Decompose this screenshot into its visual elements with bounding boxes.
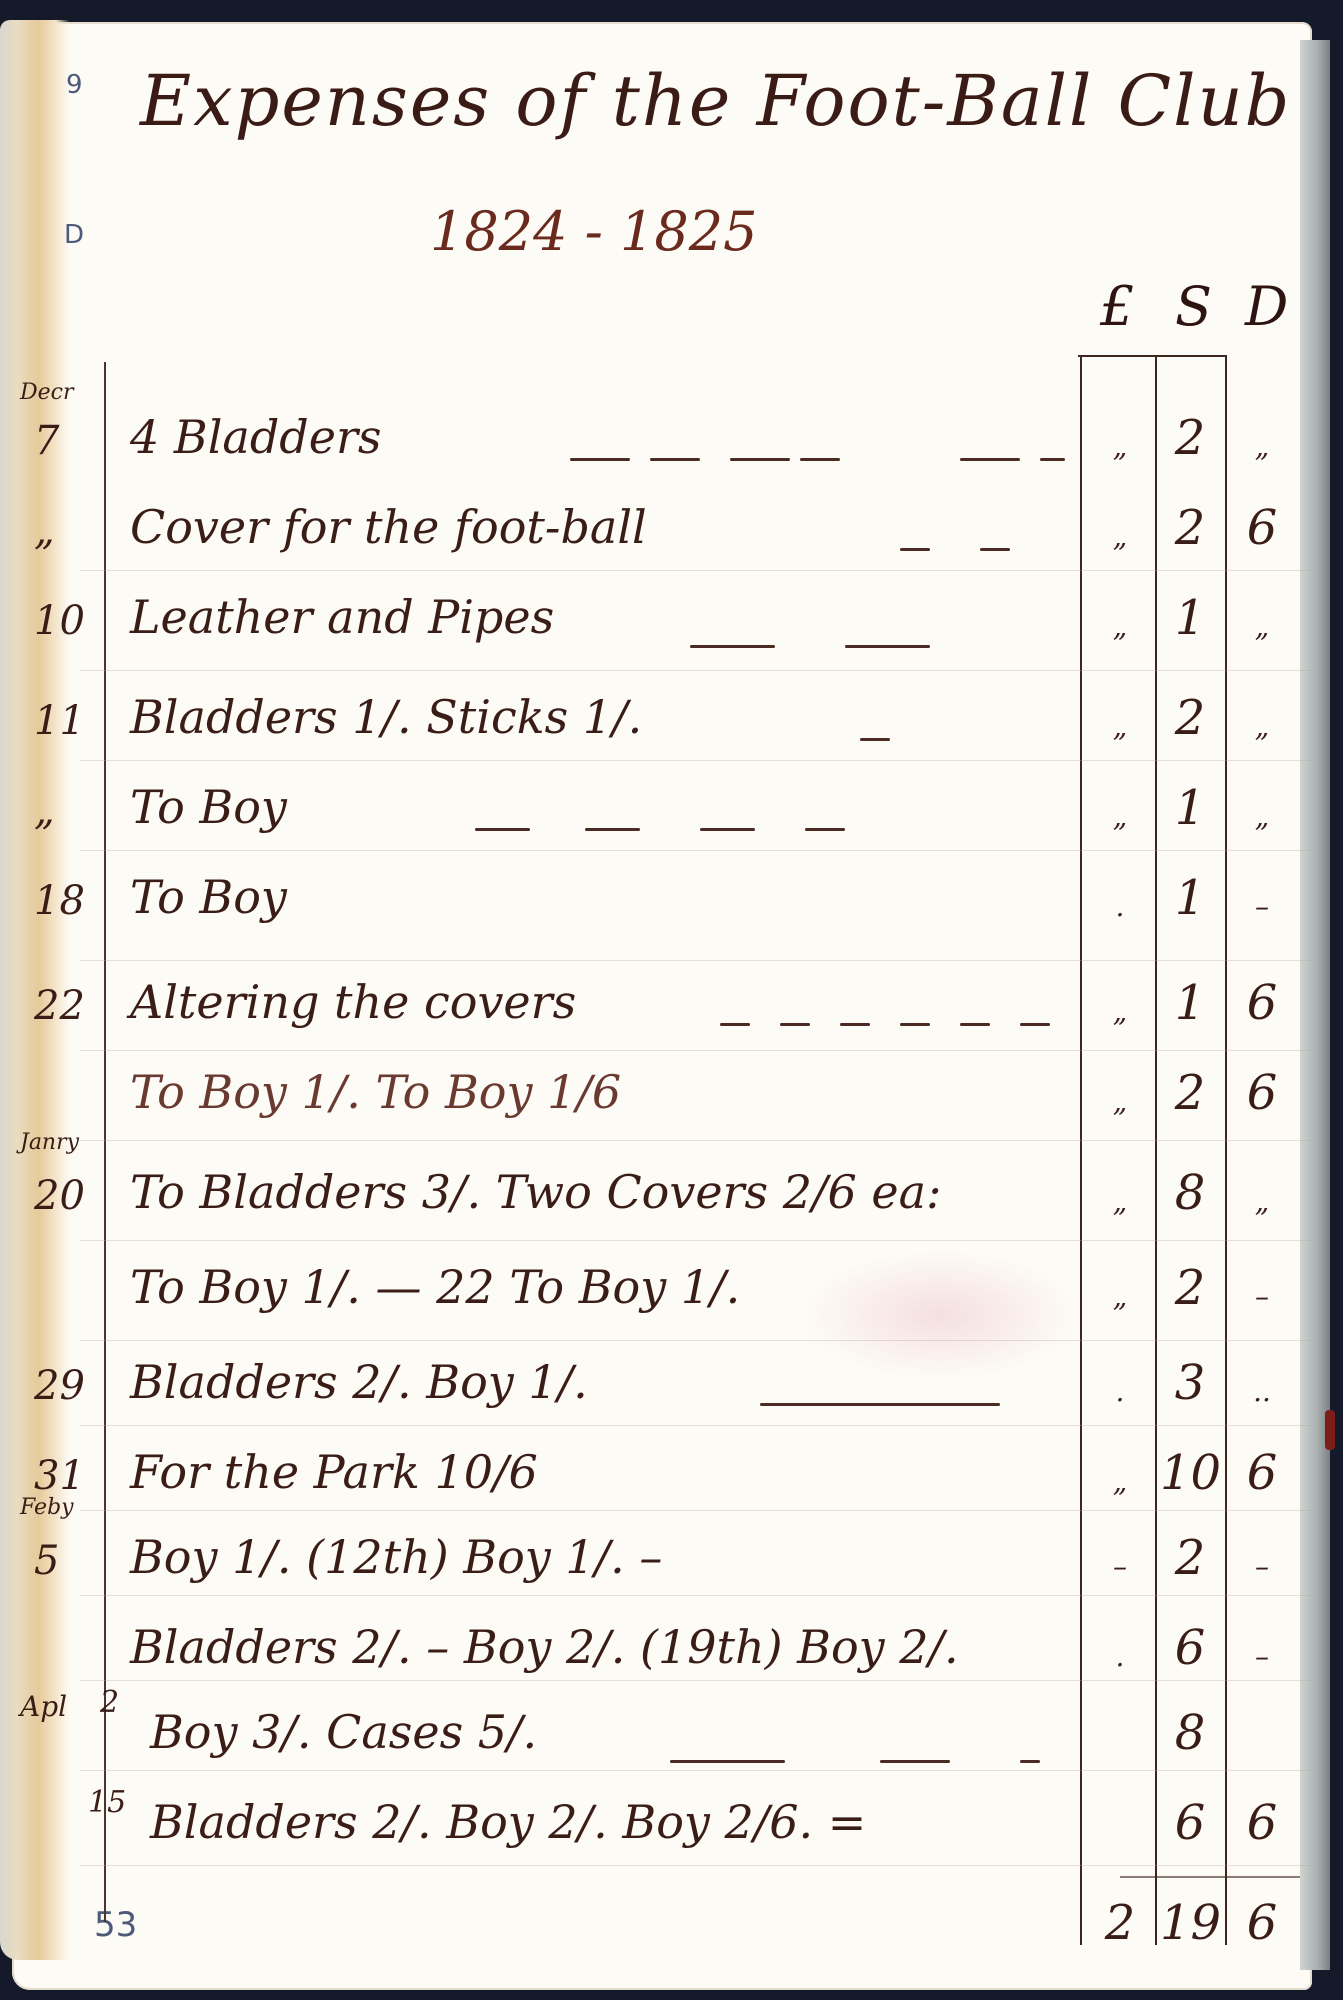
entry-month: Decr [20,380,74,405]
entry-pence: .. [1232,1375,1292,1408]
entry-shillings: 6 [1160,1620,1220,1676]
entry-date: 31 [34,1453,85,1499]
ledger-row: „ To Boy „ 1 „ [0,780,1343,850]
entry-pence: 6 [1232,500,1292,556]
entry-pence: „ [1232,1185,1292,1218]
ledger-row: 22 Altering the covers „ 1 6 [0,975,1343,1045]
entry-pounds: „ [1090,995,1150,1028]
entry-description: Leather and Pipes [130,590,554,644]
entry-date: „ [34,508,55,554]
entry-shillings: 2 [1160,500,1220,556]
entry-month: Apl [20,1690,67,1723]
entry-date: 20 [34,1173,85,1219]
entry-description: Altering the covers [130,975,576,1029]
entry-shillings: 10 [1160,1445,1220,1501]
entry-pounds: „ [1090,800,1150,833]
entry-pounds: . [1090,890,1150,923]
entry-description: Bladders 2/. – Boy 2/. (19th) Boy 2/. [130,1620,959,1674]
entry-description: To Boy [130,780,287,834]
entry-pence: „ [1232,710,1292,743]
page-years: 1824 - 1825 [430,200,757,263]
entry-description: Boy 3/. Cases 5/. [150,1705,537,1759]
entry-description: To Bladders 3/. Two Covers 2/6 ea: [130,1165,942,1219]
pence-column-header: D [1245,275,1288,338]
entry-date: 7 [34,418,59,464]
total-pence: 6 [1232,1895,1292,1951]
entry-pence: 6 [1232,975,1292,1031]
entry-pounds: „ [1090,710,1150,743]
ledger-row: 29 Bladders 2/. Boy 1/. . 3 .. [0,1355,1343,1425]
ledger-row: Feby 5 Boy 1/. (12th) Boy 1/. – – 2 – [0,1530,1343,1600]
entry-description: Bladders 1/. Sticks 1/. [130,690,642,744]
ledger-row: 31 For the Park 10/6 „ 10 6 [0,1445,1343,1515]
entry-description: Boy 1/. (12th) Boy 1/. – [130,1530,662,1584]
ledger-total-row: 2 19 6 [0,1895,1343,1965]
entry-description: For the Park 10/6 [130,1445,538,1499]
columns-top-rule [1078,355,1226,357]
entry-pence: 6 [1232,1065,1292,1121]
ledger-row: 18 To Boy . 1 – [0,870,1343,940]
entry-shillings: 1 [1160,975,1220,1031]
entry-date: 22 [34,983,85,1029]
entry-shillings: 8 [1160,1705,1220,1761]
pounds-column-header: £ [1100,275,1134,338]
entry-description: To Boy 1/. — 22 To Boy 1/. [130,1260,740,1314]
total-rule [1120,1876,1300,1878]
entry-pence: – [1232,890,1292,923]
ledger-row: To Boy 1/. — 22 To Boy 1/. „ 2 – [0,1260,1343,1330]
entry-pounds: „ [1090,1085,1150,1118]
entry-pounds: „ [1090,430,1150,463]
entry-shillings: 2 [1160,1530,1220,1586]
entry-date: 2 [100,1685,119,1720]
total-pounds: 2 [1090,1895,1150,1951]
ledger-row: Apl 2 Boy 3/. Cases 5/. 8 [0,1705,1343,1775]
entry-pounds: . [1090,1375,1150,1408]
entry-date: 18 [34,878,85,924]
entry-date: 29 [34,1363,85,1409]
entry-shillings: 6 [1160,1795,1220,1851]
entry-shillings: 3 [1160,1355,1220,1411]
entry-date: 15 [88,1785,126,1820]
entry-description: 4 Bladders [130,410,382,464]
entry-shillings: 1 [1160,780,1220,836]
entry-pence: „ [1232,610,1292,643]
entry-pounds: „ [1090,610,1150,643]
entry-shillings: 2 [1160,690,1220,746]
ledger-row: Decr 7 4 Bladders „ 2 „ [0,410,1343,480]
ledger-row: 11 Bladders 1/. Sticks 1/. „ 2 „ [0,690,1343,760]
entry-pence: – [1232,1640,1292,1673]
entry-pounds: „ [1090,1280,1150,1313]
entry-description: To Boy [130,870,287,924]
entry-month: Janry [20,1130,79,1155]
entry-shillings: 8 [1160,1165,1220,1221]
entry-pounds: „ [1090,520,1150,553]
entry-description: To Boy 1/. To Boy 1/6 [130,1065,621,1119]
entry-pounds: . [1090,1640,1150,1673]
ledger-row: 10 Leather and Pipes „ 1 „ [0,590,1343,660]
entry-pence: „ [1232,430,1292,463]
entry-pounds: „ [1090,1185,1150,1218]
entry-pounds: – [1090,1550,1150,1583]
entry-pence: „ [1232,800,1292,833]
entry-pence: 6 [1232,1445,1292,1501]
page-title: Expenses of the Foot-Ball Club [140,60,1291,142]
entry-shillings: 2 [1160,410,1220,466]
entry-shillings: 1 [1160,590,1220,646]
entry-pence: – [1232,1280,1292,1313]
entry-pence: – [1232,1550,1292,1583]
entry-month: Feby [20,1495,74,1520]
entry-pence: 6 [1232,1795,1292,1851]
entry-date: „ [34,788,55,834]
entry-description: Bladders 2/. Boy 1/. [130,1355,588,1409]
ledger-row: To Boy 1/. To Boy 1/6 „ 2 6 [0,1065,1343,1135]
pencil-mark-middle: D [64,220,84,250]
entry-pounds: „ [1090,1465,1150,1498]
entry-shillings: 1 [1160,870,1220,926]
entry-shillings: 2 [1160,1065,1220,1121]
entry-date: 10 [34,598,85,644]
entry-date: 11 [34,698,85,744]
total-shillings: 19 [1160,1895,1220,1951]
entry-description: Cover for the foot-ball [130,500,647,554]
entry-date: 5 [34,1538,59,1584]
entry-shillings: 2 [1160,1260,1220,1316]
shillings-column-header: S [1175,275,1212,338]
ledger-row: „ Cover for the foot-ball „ 2 6 [0,500,1343,570]
ledger-row: Bladders 2/. – Boy 2/. (19th) Boy 2/. . … [0,1620,1343,1690]
pencil-mark-top: 9 [66,70,83,100]
ledger-row: Janry 20 To Bladders 3/. Two Covers 2/6 … [0,1165,1343,1235]
ledger-row: 15 Bladders 2/. Boy 2/. Boy 2/6. = 6 6 [0,1795,1343,1865]
entry-description: Bladders 2/. Boy 2/. Boy 2/6. = [150,1795,866,1849]
